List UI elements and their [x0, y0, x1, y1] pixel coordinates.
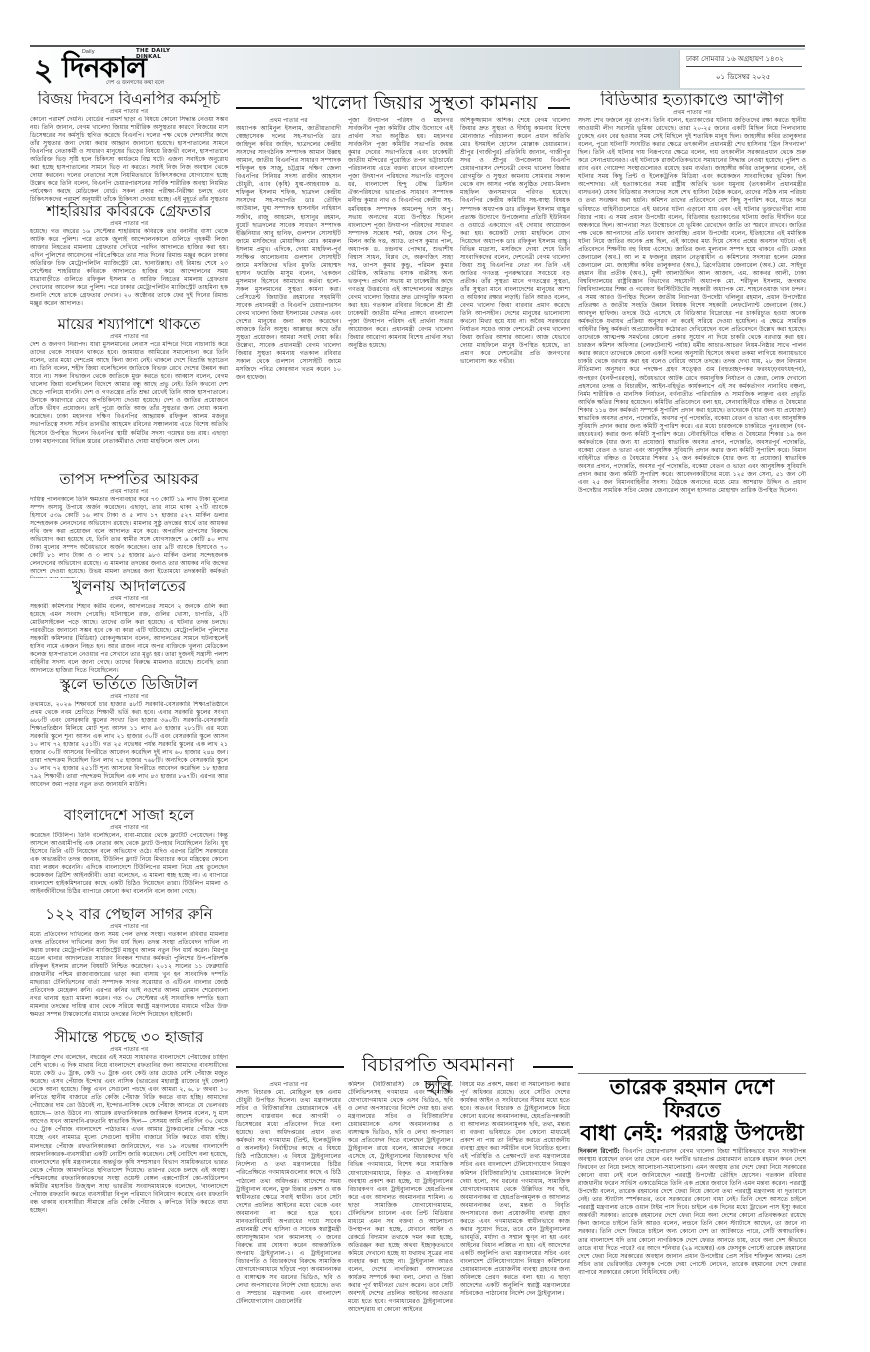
- page-number: ২: [34, 56, 54, 86]
- headline: ১২২ বার পেছাল সাগর রুনি: [30, 906, 228, 923]
- article-school-vorti: স্কুলে ভর্তিতে ডিজিটাল প্রথম পাতার পর তথ…: [30, 676, 228, 807]
- headline-line-1: তারেক রহমান দেশে ফিরতে: [578, 1076, 806, 1122]
- article-sagar-runi: ১২২ বার পেছাল সাগর রুনি প্রথম পাতার পর ম…: [30, 906, 228, 1029]
- continued-label: প্রথম পাতার পর: [236, 1081, 341, 1089]
- continued-label: প্রথম পাতার পর: [30, 488, 228, 496]
- article-body: অশিকুজ্জামান অশিক। শেষে বেগম খালেদা জিয়…: [460, 117, 570, 366]
- headline: সীমান্তে পচছে ৩০ হাজার: [30, 1029, 228, 1046]
- newspaper-logo: Daily THE DAILY DINKAL দিনকাল দেশ ও জনগণ…: [60, 48, 190, 90]
- logo-bengali-name: দিনকাল: [62, 54, 146, 82]
- headline: শাহরিয়ার কবিরকে গ্রেফতার: [30, 203, 228, 220]
- article-body: কমিশন (বিটিআরসি) কে সংবাদপত্র, টেলিভিশনস…: [348, 1081, 453, 1314]
- article-body: সিরাজুল শেখ বলেছেন, বছরের এই সময়ে সাধার…: [30, 1054, 228, 1232]
- masthead: ২ Daily THE DAILY DINKAL দিনকাল দেশ ও জন…: [30, 48, 805, 90]
- date-box: ঢাকা সোমবার ১৬ অগ্রহায়ণ ১৪৩২ ০১ ডিসেম্ব…: [679, 50, 807, 88]
- article-body: সদস্য শেখ ফজলে নূর তাপস। তিনি বলেন, হত্য…: [578, 117, 806, 495]
- continued-label: প্রথম পাতার পর: [30, 824, 228, 832]
- headline-rule-right: [548, 107, 570, 109]
- article-body: দিনকাল রিপোর্ট: বিএনপি চেয়ারপারসন বেগম …: [578, 1148, 806, 1277]
- article-body: মধ্যে প্রতিবেদন দাখিলের জন্য সময় পেল তদ…: [30, 931, 228, 1029]
- khaleda-zia-col1: প্রথম পাতার পর অধ্যাপক আমিনুল ইসলাম, জাত…: [236, 117, 341, 1019]
- article-body: দেশ ও জনগণ নিরাপদ। যারা মুসলমানের লেবাস …: [30, 341, 228, 471]
- continued-label: প্রথম পাতার পর: [30, 108, 228, 116]
- bicharpoti-col1: প্রথম পাতার পর সদস্য বিচারক মো. মোহিতুল …: [236, 1081, 341, 1346]
- tarek-rahman-article: তারেক রহমান দেশে ফিরতে বাধা নেই: পররাষ্ট…: [578, 1076, 806, 1346]
- headline: স্কুলে ভর্তিতে ডিজিটাল: [30, 676, 228, 693]
- headline-rule-left: [236, 1066, 344, 1068]
- article-bijoy-dibos: বিজয় দিবসে বিএনপির কর্মসূচি প্রথম পাতার…: [30, 91, 228, 203]
- article-bangladeshe-saja: বাংলাদেশে সাজা হলে প্রথম পাতার পর করেছেন…: [30, 807, 228, 906]
- article-text: বিএনপি চেয়ারপারসন বেগম খালেদা জিয়া শার…: [578, 1148, 806, 1276]
- article-body: সহকারী কমিশনার শিহাব করীম বলেন, আদালতের …: [30, 603, 228, 676]
- byline: দিনকাল রিপোর্ট:: [578, 1148, 620, 1155]
- right-column: বিডিআর হত্যাকাণ্ডে আ'লীগ প্রথম পাতার পর …: [578, 91, 806, 1066]
- bdr-headline: বিডিআর হত্যাকাণ্ডে আ'লীগ: [578, 91, 806, 109]
- headline-line-2: বাধা নেই: পররাষ্ট্র উপদেষ্টা: [578, 1122, 806, 1145]
- masthead-rule: [30, 45, 805, 47]
- logo-tagline: দেশ ও জনগণের কথা বলে: [106, 80, 164, 88]
- article-mayer-shojja: মায়ের শয্যাপাশে থাকতে প্রথম পাতার পর দে…: [30, 316, 228, 471]
- continued-label: প্রথম পাতার পর: [578, 109, 806, 117]
- article-body: তথ্যমতে, ২০২৬ শিক্ষাবর্ষে চার হাজার ৪৮টি…: [30, 701, 228, 807]
- article-body: বিষয়ে মত প্রকাশ, মন্তব্য বা সমালোচনা কর…: [460, 1081, 570, 1298]
- continued-label: প্রথম পাতার পর: [30, 1046, 228, 1054]
- article-body: সদস্য বিচারক মো. মোহিতুল হক এনাম চৌধুরী …: [236, 1089, 341, 1306]
- section-rule: [578, 1073, 806, 1074]
- left-column: বিজয় দিবসে বিএনপির কর্মসূচি প্রথম পাতার…: [30, 91, 228, 1346]
- article-body: হয়েছে। গত বছরের ১৬ সেপ্টেম্বর শাহরিয়ার…: [30, 228, 228, 316]
- bicharpoti-col2: কমিশন (বিটিআরসি) কে সংবাদপত্র, টেলিভিশনস…: [348, 1081, 453, 1346]
- article-body: দায়িত্ব পালনকালে তিনি ক্ষমতার অপব্যবহার…: [30, 496, 228, 578]
- date-bengali: ঢাকা সোমবার ১৬ অগ্রহায়ণ ১৪৩২: [686, 53, 784, 65]
- article-khulnay-adalot: খুলনায় আদালতের প্রথম পাতার পর সহকারী কম…: [30, 578, 228, 676]
- article-body: অধ্যাপক আমিনুল ইসলাম, জাতীয়তাবাদী স্বেচ…: [236, 125, 341, 383]
- article-body: করেছেন টিউলিপ। তিনি বলেছিলেন, বাবা-মায়ে…: [30, 832, 228, 906]
- continued-label: প্রথম পাতার পর: [30, 333, 228, 341]
- article-body: কোনো পরামর্শ দেয়নি। বোর্ডের পরামর্শ ছাড…: [30, 116, 228, 203]
- article-body: পূজা উদযাপন পরিষদ ও মহানগর সার্বজনীন পূজ…: [348, 117, 453, 350]
- headline: বাংলাদেশে সাজা হলে: [30, 807, 228, 824]
- khaleda-zia-col3: অশিকুজ্জামান অশিক। শেষে বেগম খালেদা জিয়…: [460, 117, 570, 1019]
- continued-label: প্রথম পাতার পর: [30, 693, 228, 701]
- article-simante-poche: সীমান্তে পচছে ৩০ হাজার প্রথম পাতার পর সি…: [30, 1029, 228, 1232]
- khaleda-zia-headline: খালেদা জিয়ার সুস্থতা কামনায়: [305, 92, 545, 114]
- headline: তাপস দম্পতির আয়কর: [30, 471, 228, 488]
- continued-label: প্রথম পাতার পর: [30, 923, 228, 931]
- continued-label: প্রথম পাতার পর: [236, 117, 341, 125]
- article-tapos-dampoti: তাপস দম্পতির আয়কর প্রথম পাতার পর দায়িত…: [30, 471, 228, 578]
- continued-label: প্রথম পাতার পর: [30, 220, 228, 228]
- khaleda-zia-col2: পূজা উদযাপন পরিষদ ও মহানগর সার্বজনীন পূজ…: [348, 117, 453, 1019]
- date-divider: [686, 66, 802, 67]
- continued-label: প্রথম পাতার পর: [30, 595, 228, 603]
- headline: বিজয় দিবসে বিএনপির কর্মসূচি: [30, 91, 228, 108]
- headline: খুলনায় আদালতের: [30, 578, 228, 595]
- date-gregorian: ০১ ডিসেম্বর ২০২৫: [716, 71, 770, 83]
- headline-rule-right: [533, 1066, 573, 1068]
- page-top-margin: [0, 0, 870, 45]
- bicharpoti-col3: বিষয়ে মত প্রকাশ, মন্তব্য বা সমালোচনা কর…: [460, 1081, 570, 1346]
- headline: মায়ের শয্যাপাশে থাকতে: [30, 316, 228, 333]
- headline-rule-left: [236, 107, 302, 109]
- article-shahriar-kabir: শাহরিয়ার কবিরকে গ্রেফতার প্রথম পাতার পর…: [30, 203, 228, 316]
